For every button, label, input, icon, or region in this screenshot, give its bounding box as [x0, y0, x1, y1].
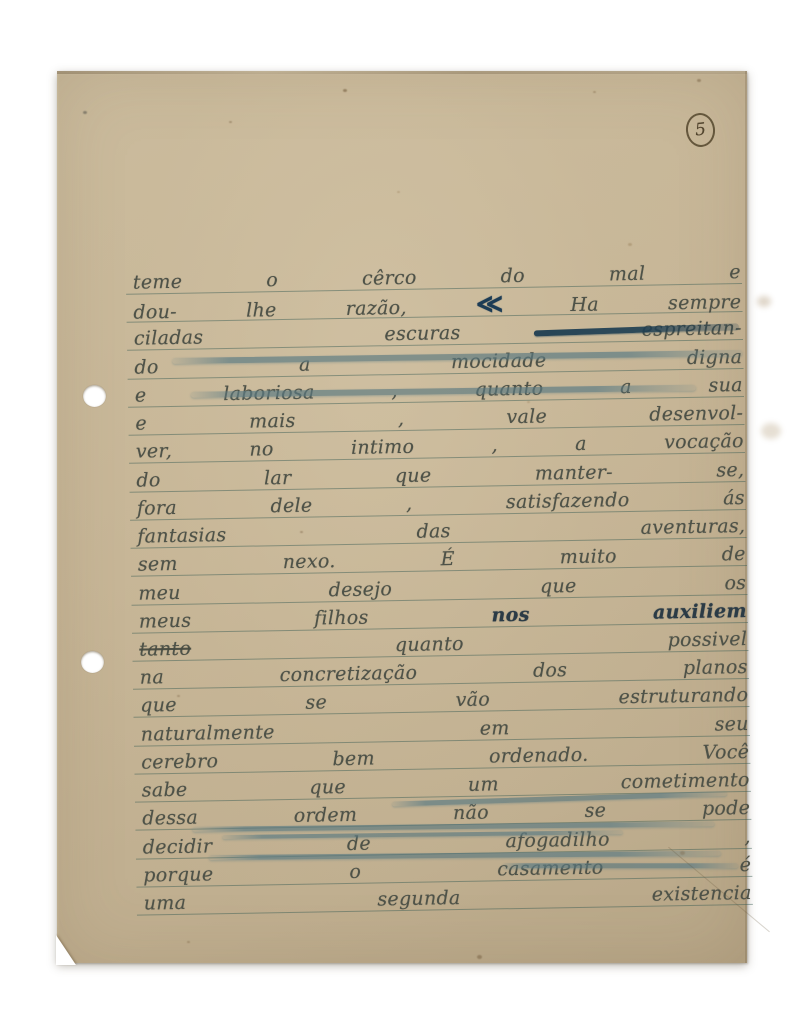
text-segment: dou- lhe razão,	[133, 297, 407, 324]
stain	[680, 851, 685, 855]
stain	[628, 243, 632, 246]
scan-background: 5 teme o cêrco do mal edou- lhe razão, ≪…	[0, 0, 807, 1024]
text-segment: do lar que manter- se,	[136, 459, 744, 492]
stain	[300, 531, 303, 533]
text-segment: nos auxiliem	[491, 600, 747, 626]
text-segment: que se vão estruturando	[140, 684, 748, 717]
handwritten-line: uma segunda existencia	[144, 881, 752, 916]
text-segment: uma segunda existencia	[144, 882, 752, 915]
text-segment: na concretização dos planos	[140, 656, 748, 689]
text-segment: fora dele , satisfazendo ás	[137, 487, 745, 520]
text-segment: ciladas escuras espreitan-	[134, 317, 742, 350]
stain	[757, 296, 771, 307]
text-segment: cerebro bem ordenado. Você	[141, 741, 749, 774]
corner-chip	[56, 935, 76, 965]
stain	[187, 941, 190, 943]
writing-area: teme o cêrco do mal edou- lhe razão, ≪ H…	[49, 59, 754, 963]
stain	[229, 121, 232, 123]
stain	[83, 111, 87, 114]
text-segment: teme o cêrco do mal e	[133, 261, 741, 294]
text-segment: tanto	[139, 638, 191, 661]
punch-hole	[83, 385, 106, 407]
text-segment: fantasias das aventuras,	[137, 515, 745, 548]
text-segment: Ha sempre	[570, 291, 741, 316]
stain	[761, 423, 781, 439]
text-segment: meu desejo que os	[138, 571, 746, 604]
stain	[593, 91, 596, 93]
text-segment: ≪	[476, 289, 502, 319]
stain	[397, 191, 400, 193]
stain	[343, 89, 347, 92]
stain	[177, 695, 180, 697]
text-segment: meus filhos	[139, 606, 369, 632]
text-segment: sem nexo. É muito de	[138, 543, 746, 576]
stain	[477, 955, 482, 959]
text-segment: ver, no intimo , a vocação	[136, 430, 744, 463]
text-segment: naturalmente em seu	[141, 713, 749, 746]
manuscript-page: 5 teme o cêrco do mal edou- lhe razão, ≪…	[57, 71, 747, 963]
text-segment: quanto possivel	[395, 628, 748, 656]
stain	[697, 79, 701, 82]
text-segment: e mais , vale desenvol-	[135, 402, 743, 435]
crayon-mark	[503, 863, 738, 868]
punch-hole	[81, 651, 104, 673]
stain	[527, 401, 530, 403]
